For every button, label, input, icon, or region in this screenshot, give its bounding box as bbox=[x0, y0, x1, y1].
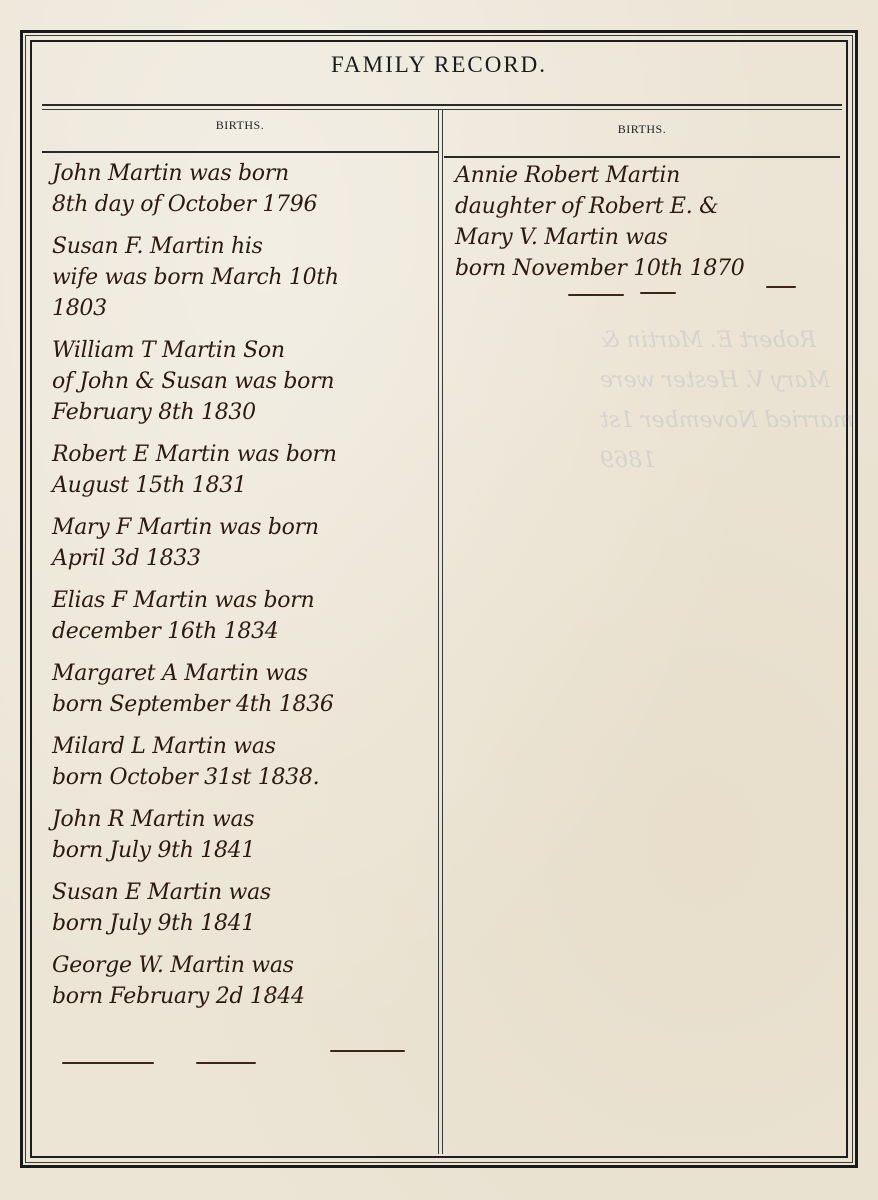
entry-line: 8th day of October 1796 bbox=[52, 189, 432, 220]
entry-line: born July 9th 1841 bbox=[52, 908, 432, 939]
birth-entry-william-t-martin: William T Martin Son of John & Susan was… bbox=[52, 335, 432, 428]
entry-line: Susan F. Martin his bbox=[52, 231, 432, 262]
birth-entry-susan-f-martin: Susan F. Martin his wife was born March … bbox=[52, 231, 432, 324]
entry-line: April 3d 1833 bbox=[52, 543, 432, 574]
closing-flourish bbox=[568, 294, 624, 296]
birth-entry-john-r-martin: John R Martin was born July 9th 1841 bbox=[52, 804, 432, 866]
birth-entry-milard-l-martin: Milard L Martin was born October 31st 18… bbox=[52, 731, 432, 793]
entry-line: Mary V. Martin was bbox=[455, 222, 835, 253]
closing-flourish bbox=[766, 286, 796, 288]
birth-entry-margaret-a-martin: Margaret A Martin was born September 4th… bbox=[52, 658, 432, 720]
entry-line: born February 2d 1844 bbox=[52, 981, 432, 1012]
births-heading-left: BIRTHS. bbox=[42, 118, 438, 133]
entry-line: wife was born March 10th bbox=[52, 262, 432, 293]
births-heading-right: BIRTHS. bbox=[444, 122, 840, 137]
entry-line: John Martin was born bbox=[52, 158, 432, 189]
birth-entry-robert-e-martin: Robert E Martin was born August 15th 183… bbox=[52, 439, 432, 501]
entry-line: born September 4th 1836 bbox=[52, 689, 432, 720]
births-list-left: John Martin was born 8th day of October … bbox=[52, 158, 432, 1023]
birth-entry-annie-robert-martin: Annie Robert Martin daughter of Robert E… bbox=[455, 160, 835, 284]
entry-line: Mary F Martin was born bbox=[52, 512, 432, 543]
closing-flourish bbox=[196, 1062, 256, 1064]
entry-line: born November 10th 1870 bbox=[455, 253, 835, 284]
entry-line: born July 9th 1841 bbox=[52, 835, 432, 866]
entry-line: 1803 bbox=[52, 293, 432, 324]
birth-entry-elias-f-martin: Elias F Martin was born december 16th 18… bbox=[52, 585, 432, 647]
entry-line: Milard L Martin was bbox=[52, 731, 432, 762]
bleed-through-line: Mary V. Hester were bbox=[600, 365, 830, 397]
column-divider bbox=[438, 110, 439, 1154]
entry-line: August 15th 1831 bbox=[52, 470, 432, 501]
entry-line: Margaret A Martin was bbox=[52, 658, 432, 689]
closing-flourish bbox=[330, 1050, 405, 1052]
closing-flourish bbox=[640, 292, 676, 294]
entry-line: Annie Robert Martin bbox=[455, 160, 835, 191]
entry-line: Robert E Martin was born bbox=[52, 439, 432, 470]
page-title: FAMILY RECORD. bbox=[30, 52, 848, 78]
heading-rule-left bbox=[42, 151, 438, 153]
entry-line: of John & Susan was born bbox=[52, 366, 432, 397]
birth-entry-susan-e-martin: Susan E Martin was born July 9th 1841 bbox=[52, 877, 432, 939]
entry-line: Elias F Martin was born bbox=[52, 585, 432, 616]
entry-line: Susan E Martin was bbox=[52, 877, 432, 908]
entry-line: born October 31st 1838. bbox=[52, 762, 432, 793]
bleed-through-line: married November 1st bbox=[600, 405, 854, 437]
birth-entry-john-martin: John Martin was born 8th day of October … bbox=[52, 158, 432, 220]
title-rule bbox=[42, 104, 842, 106]
entry-line: John R Martin was bbox=[52, 804, 432, 835]
bleed-through-line: Robert E. Martin & bbox=[600, 325, 816, 357]
entry-line: december 16th 1834 bbox=[52, 616, 432, 647]
entry-line: William T Martin Son bbox=[52, 335, 432, 366]
entry-line: February 8th 1830 bbox=[52, 397, 432, 428]
bleed-through-line: 1869 bbox=[600, 445, 656, 477]
closing-flourish bbox=[62, 1062, 154, 1064]
column-divider bbox=[442, 110, 443, 1154]
births-list-right: Annie Robert Martin daughter of Robert E… bbox=[455, 160, 835, 284]
entry-line: George W. Martin was bbox=[52, 950, 432, 981]
birth-entry-george-w-martin: George W. Martin was born February 2d 18… bbox=[52, 950, 432, 1012]
heading-rule-right bbox=[444, 156, 840, 158]
birth-entry-mary-f-martin: Mary F Martin was born April 3d 1833 bbox=[52, 512, 432, 574]
entry-line: daughter of Robert E. & bbox=[455, 191, 835, 222]
